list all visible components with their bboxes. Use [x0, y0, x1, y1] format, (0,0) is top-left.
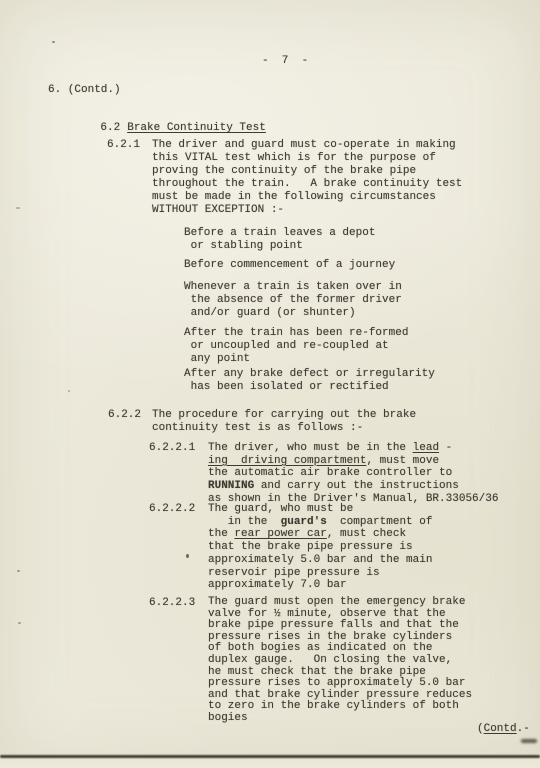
- clause-body-6-2-2-3: The guard must open the emergency brake …: [208, 597, 498, 725]
- text-line: ing driving compartment, must move: [208, 455, 498, 468]
- emphasized-word: RUNNING: [208, 480, 254, 492]
- text-segment: -: [439, 442, 452, 454]
- underlined-phrase: Contd: [484, 723, 517, 735]
- circumstance-item: Before a train leaves a depot or stablin…: [184, 227, 484, 253]
- paper-edge-margin: [0, 758, 540, 768]
- clause-body-6-2-2-1: The driver, who must be in the lead - in…: [208, 442, 498, 505]
- ink-speck: [52, 41, 55, 43]
- section-heading: 6. (Contd.): [48, 84, 121, 96]
- underlined-phrase: lead: [413, 442, 439, 454]
- clause-body-6-2-1: The driver and guard must co-operate in …: [152, 139, 482, 217]
- page-number: - 7 -: [262, 55, 308, 67]
- text-block: that the brake pipe pressure is approxim…: [208, 541, 432, 592]
- ink-speck: [68, 390, 70, 392]
- circumstance-item: After the train has been re-formed or un…: [184, 327, 484, 366]
- text-segment: (: [477, 723, 484, 735]
- text-segment: The driver, who must be in the: [208, 442, 413, 454]
- clause-number-6-2-2-3: 6.2.2.3: [149, 597, 195, 609]
- circumstance-item: After any brake defect or irregularity h…: [184, 368, 484, 394]
- text-line: the rear power car, must check: [208, 528, 432, 541]
- clause-body-6-2-2-2: The guard, who must be in the guard's co…: [208, 503, 432, 592]
- ink-speck: [17, 570, 20, 572]
- clause-number-6-2-2-1: 6.2.2.1: [149, 442, 195, 454]
- text-segment: , must move: [366, 455, 439, 467]
- circumstance-item: Before commencement of a journey: [184, 259, 484, 272]
- text-line: The driver, who must be in the lead -: [208, 442, 498, 455]
- continuation-note: (Contd.-: [477, 723, 530, 735]
- emphasized-word: guard's: [281, 516, 327, 528]
- underlined-phrase: ing driving compartment: [208, 455, 366, 467]
- clause-number-6-2-2: 6.2.2: [108, 409, 141, 421]
- text-segment: .-: [517, 723, 530, 735]
- clause-body-6-2-2: The procedure for carrying out the brake…: [152, 409, 482, 435]
- ink-smudge: [521, 739, 537, 743]
- underlined-phrase: rear power car: [234, 528, 326, 540]
- text-segment: , must check: [327, 528, 406, 540]
- ink-speck: [186, 554, 189, 558]
- text-line: RUNNING and carry out the instructions: [208, 480, 498, 493]
- clause-number-6-2-2-2: 6.2.2.2: [149, 503, 195, 515]
- clause-number-6-2-1: 6.2.1: [107, 139, 140, 151]
- circumstance-item: Whenever a train is taken over in the ab…: [184, 281, 484, 320]
- ink-speck: [16, 207, 20, 209]
- text-segment: and carry out the instructions: [254, 480, 459, 492]
- text-segment: compartment of: [327, 516, 433, 528]
- text-line: the automatic air brake controller to: [208, 467, 498, 480]
- subsection-title: Brake Continuity Test: [127, 122, 266, 134]
- paper-edge-shadow: [0, 755, 540, 758]
- text-segment: in the: [208, 516, 281, 528]
- text-segment: the: [208, 528, 234, 540]
- subsection-number: 6.2: [100, 122, 120, 134]
- scanned-document-page: - 7 - 6. (Contd.) 6.2Brake Continuity Te…: [0, 0, 540, 768]
- text-line: in the guard's compartment of: [208, 516, 432, 529]
- text-line: The guard, who must be: [208, 503, 432, 516]
- ink-speck: [18, 622, 21, 624]
